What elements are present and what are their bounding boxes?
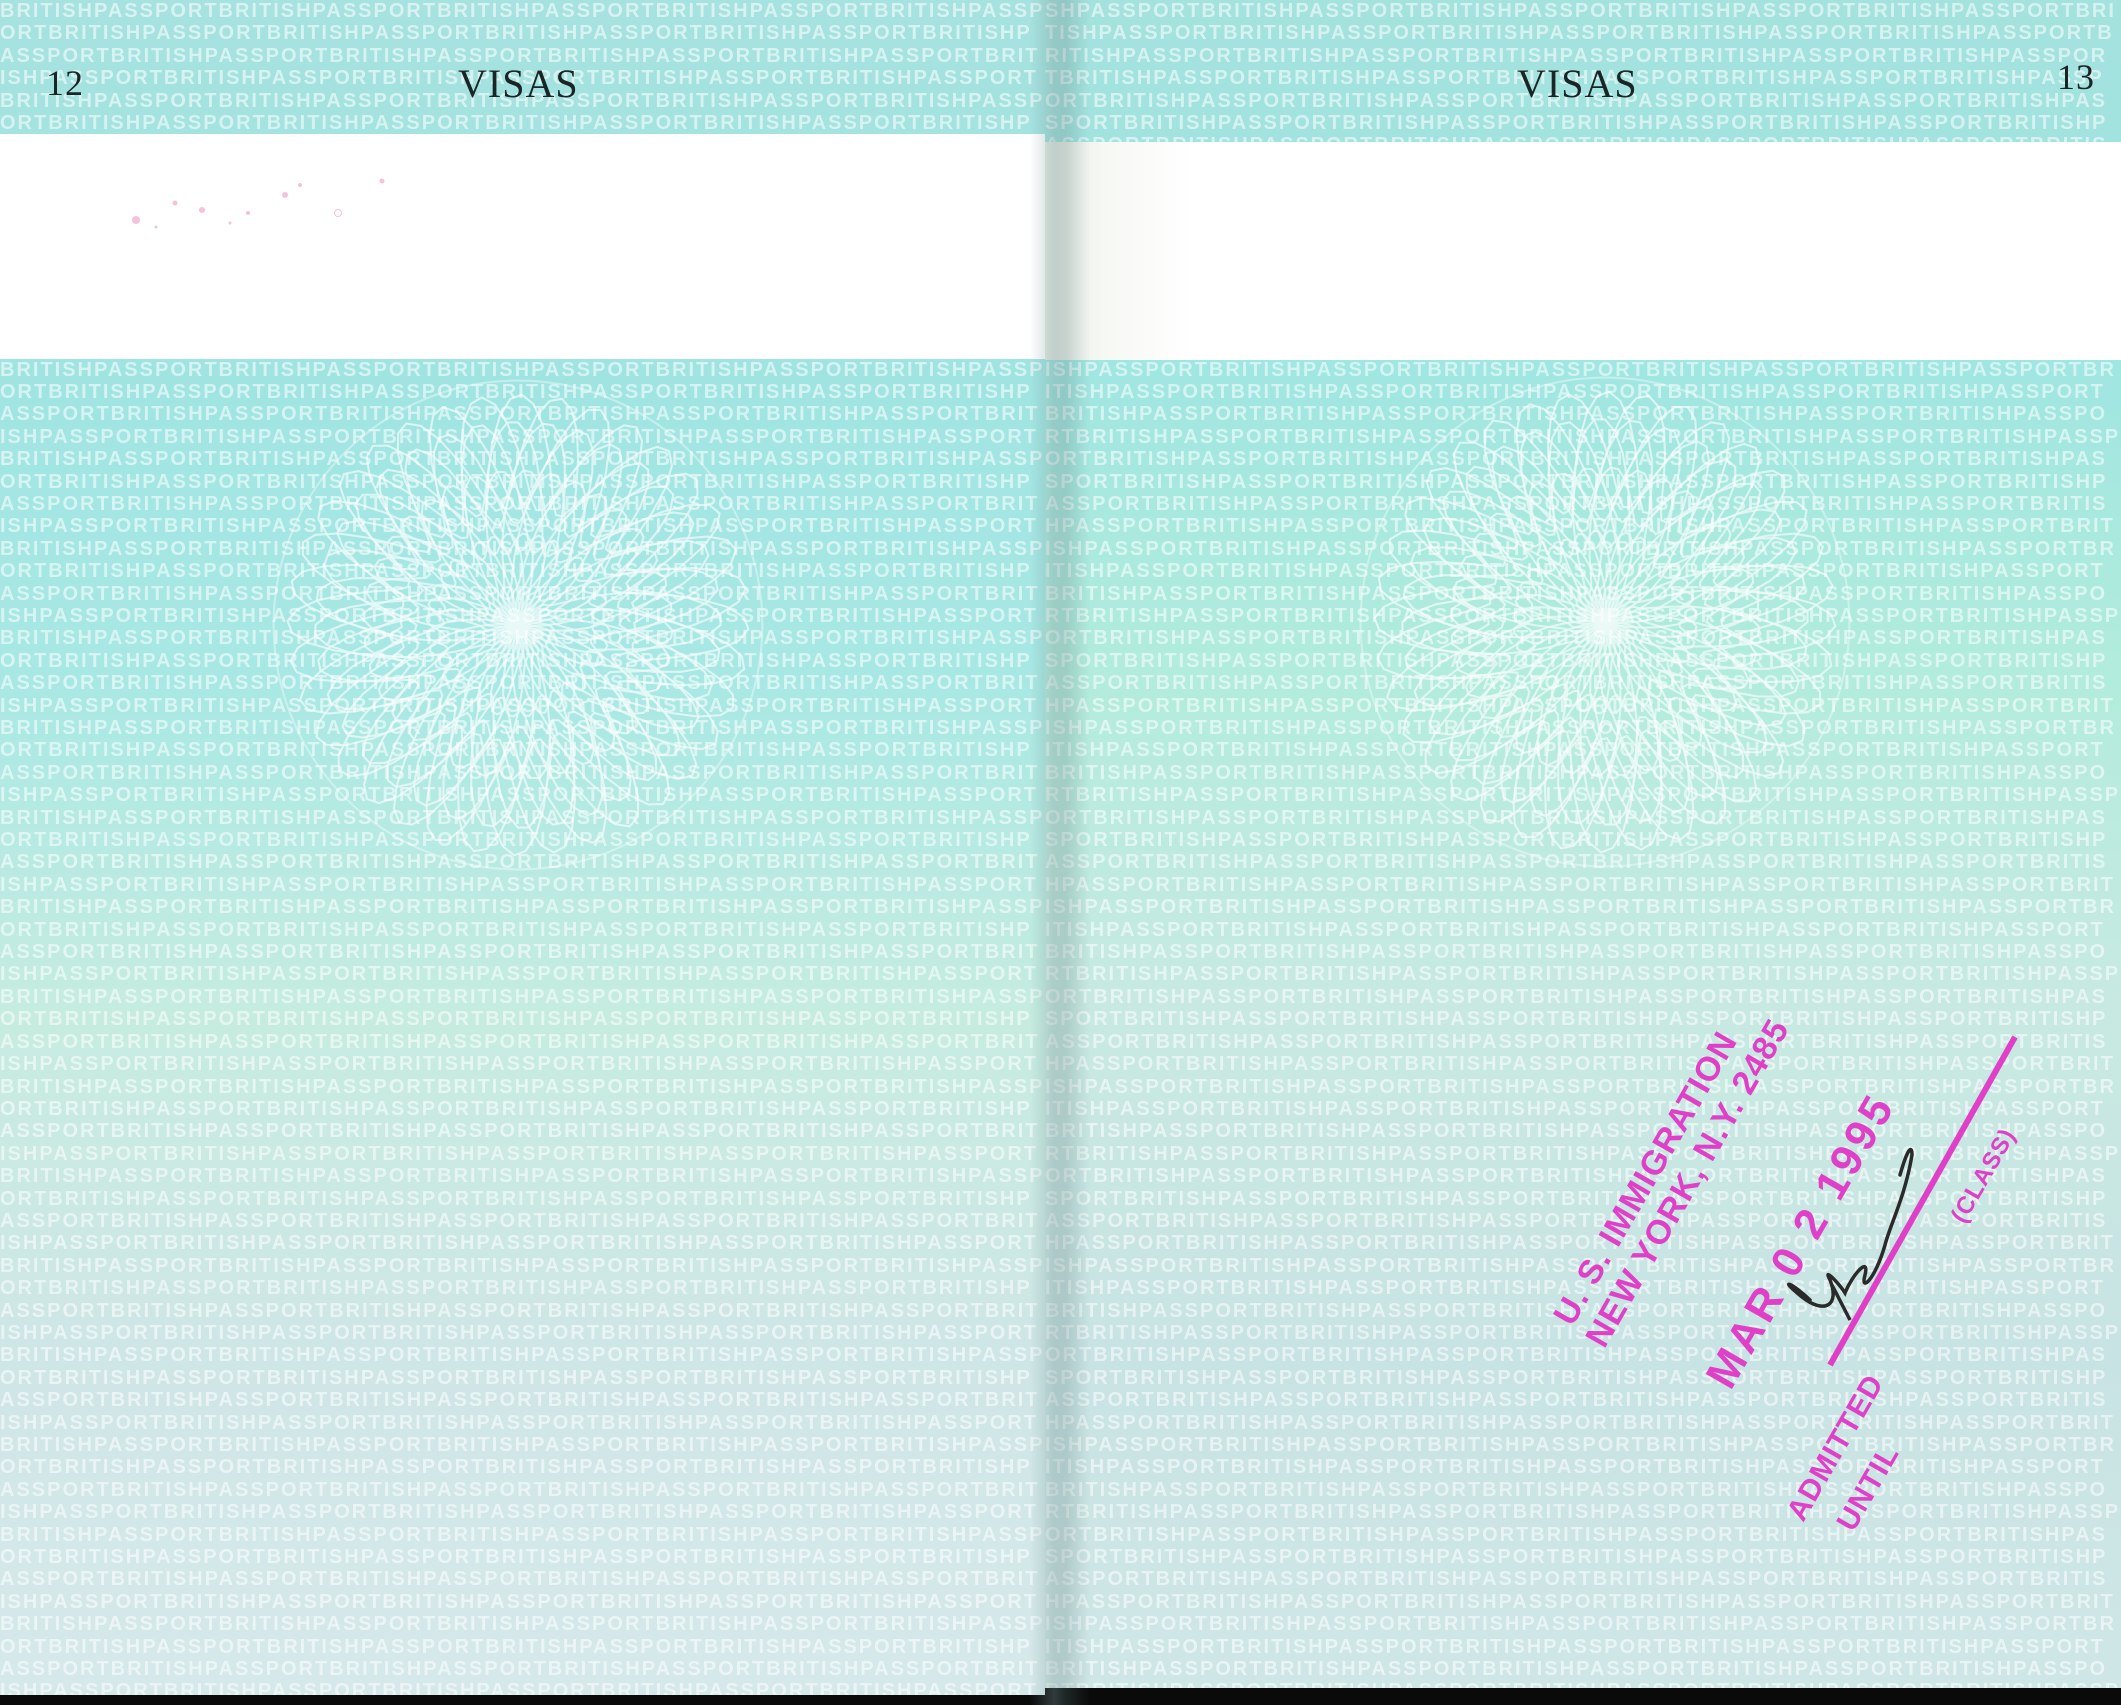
- page-header: 12 VISAS: [0, 56, 1045, 106]
- blank-band: [1045, 142, 2121, 360]
- faint-ink-transfer: [120, 165, 400, 245]
- immigration-stamp: U. S. IMMIGRATION NEW YORK, N.Y. 2485 MA…: [1540, 975, 2060, 1535]
- left-page: BRITISHPASSPORTBRITISHPASSPORTBRITISHPAS…: [0, 0, 1045, 1695]
- page-heading: VISAS: [458, 60, 579, 107]
- page-header: VISAS 13: [1045, 56, 2121, 106]
- guilloche-rosette: [1345, 362, 1865, 882]
- guilloche-rosette: [258, 365, 778, 885]
- page-number: 12: [46, 62, 84, 104]
- page-number: 13: [2057, 56, 2095, 98]
- page-heading: VISAS: [1517, 60, 1638, 107]
- stamp-underline-and-signature: [1540, 975, 2060, 1535]
